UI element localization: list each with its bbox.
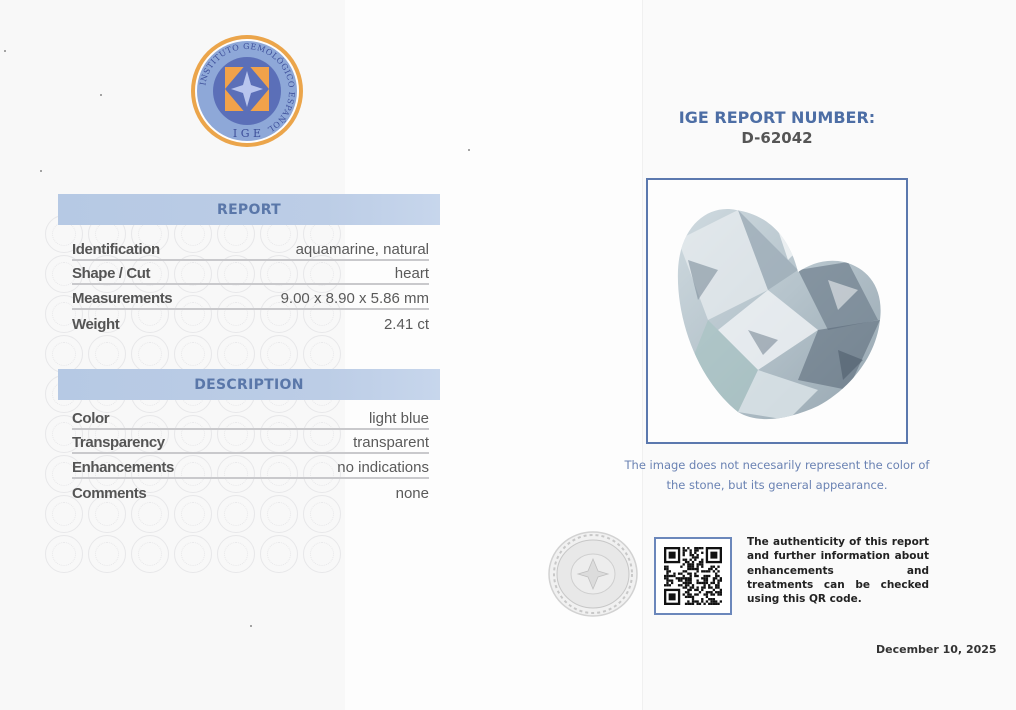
- report-row-weight: Weight 2.41 ct: [72, 310, 429, 335]
- watermark-rosette: [303, 335, 341, 373]
- description-row-color: Color light blue: [72, 405, 429, 430]
- report-table: Identification aquamarine, natural Shape…: [72, 236, 429, 334]
- scan-speck: [40, 170, 42, 172]
- row-label: Color: [72, 410, 109, 427]
- report-section-header: REPORT: [58, 194, 440, 225]
- embossed-seal: [548, 531, 638, 617]
- row-value: transparent: [353, 434, 429, 451]
- scan-speck: [100, 94, 102, 96]
- qr-code[interactable]: [654, 537, 732, 615]
- ige-logo: INSTITUTO GEMOLÓGICO ESPAÑOL I G E: [189, 33, 305, 149]
- scan-speck: [4, 50, 6, 52]
- qr-code-icon: [664, 547, 722, 605]
- description-section-header: DESCRIPTION: [58, 369, 440, 400]
- row-value: light blue: [369, 410, 429, 427]
- row-label: Transparency: [72, 434, 165, 451]
- row-value: 2.41 ct: [384, 316, 429, 333]
- watermark-rosette: [131, 335, 169, 373]
- ige-seal-icon: INSTITUTO GEMOLÓGICO ESPAÑOL I G E: [189, 33, 305, 149]
- watermark-rosette: [131, 535, 169, 573]
- report-row-measurements: Measurements 9.00 x 8.90 x 5.86 mm: [72, 285, 429, 310]
- description-row-comments: Comments none: [72, 479, 429, 504]
- description-row-transparency: Transparency transparent: [72, 430, 429, 455]
- report-date: December 10, 2025: [876, 643, 997, 656]
- gemstone-image-frame: [646, 178, 908, 444]
- disclaimer-line-1: The image does not necesarily represent …: [612, 455, 942, 475]
- row-value: aquamarine, natural: [296, 241, 429, 258]
- heart-gemstone-icon: [648, 180, 906, 442]
- report-number: D-62042: [642, 129, 912, 147]
- watermark-rosette: [174, 335, 212, 373]
- watermark-rosette: [88, 335, 126, 373]
- row-label: Enhancements: [72, 459, 174, 476]
- report-number-label: IGE REPORT NUMBER:: [642, 108, 912, 127]
- watermark-rosette: [217, 335, 255, 373]
- row-value: no indications: [337, 459, 429, 476]
- row-value: heart: [395, 265, 429, 282]
- report-row-identification: Identification aquamarine, natural: [72, 236, 429, 261]
- watermark-rosette: [260, 535, 298, 573]
- disclaimer-line-2: the stone, but its general appearance.: [612, 475, 942, 495]
- watermark-rosette: [45, 335, 83, 373]
- watermark-rosette: [45, 535, 83, 573]
- watermark-rosette: [260, 335, 298, 373]
- row-label: Shape / Cut: [72, 265, 150, 282]
- authenticity-note: The authenticity of this report and furt…: [747, 535, 929, 606]
- watermark-rosette: [303, 535, 341, 573]
- watermark-rosette: [217, 535, 255, 573]
- watermark-rosette: [88, 535, 126, 573]
- report-row-shape-cut: Shape / Cut heart: [72, 261, 429, 286]
- embossed-seal-icon: [548, 531, 638, 617]
- watermark-rosette: [174, 535, 212, 573]
- description-row-enhancements: Enhancements no indications: [72, 454, 429, 479]
- row-label: Comments: [72, 485, 146, 502]
- image-disclaimer: The image does not necesarily represent …: [612, 455, 942, 495]
- description-table: Color light blue Transparency transparen…: [72, 405, 429, 503]
- row-label: Measurements: [72, 290, 172, 307]
- scan-speck: [468, 149, 470, 151]
- scan-speck: [250, 625, 252, 627]
- row-label: Identification: [72, 241, 160, 258]
- logo-initials: I G E: [233, 127, 261, 140]
- row-value: 9.00 x 8.90 x 5.86 mm: [281, 290, 429, 307]
- row-label: Weight: [72, 316, 119, 333]
- row-value: none: [396, 485, 429, 502]
